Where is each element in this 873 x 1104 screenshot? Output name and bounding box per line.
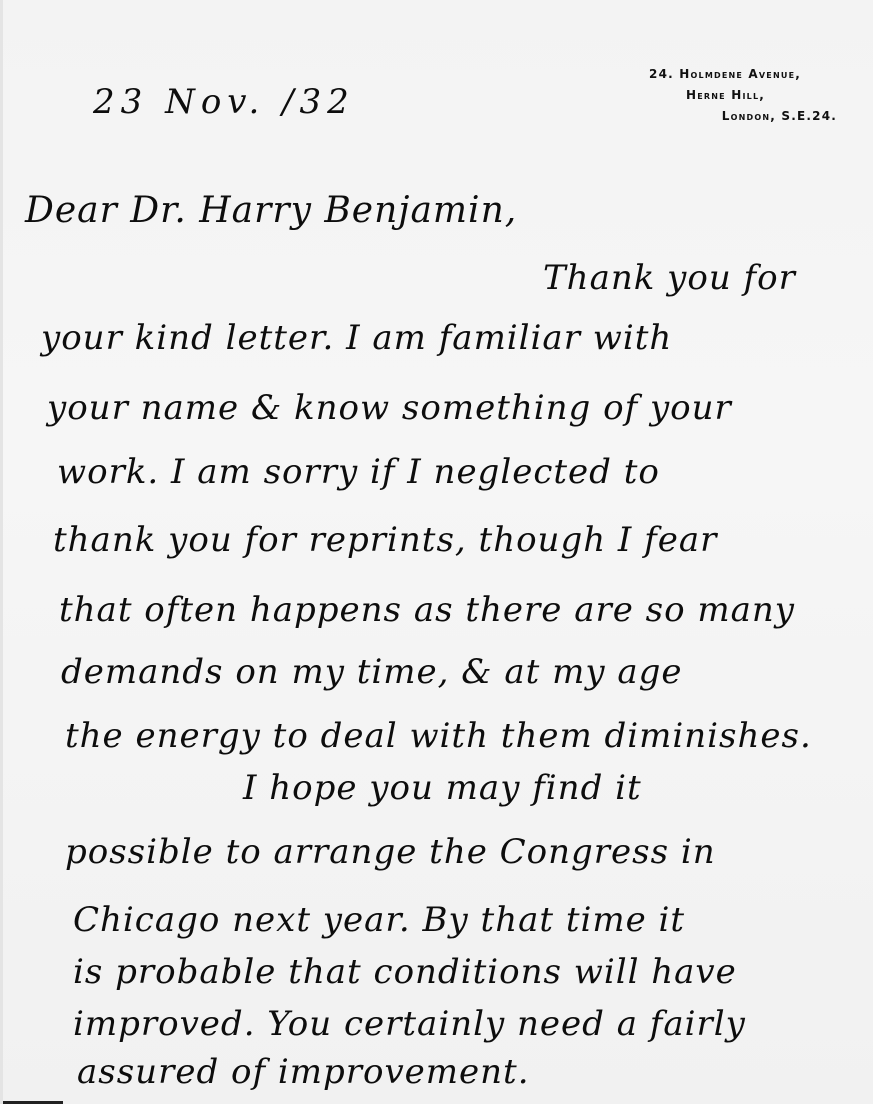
body-line-14: assured of improvement. bbox=[77, 1052, 530, 1092]
body-line-8: the energy to deal with them diminishes. bbox=[65, 716, 812, 756]
body-line-3: your name & know something of your bbox=[47, 388, 732, 428]
body-line-2: your kind letter. I am familiar with bbox=[41, 318, 672, 358]
salutation: Dear Dr. Harry Benjamin, bbox=[25, 190, 517, 231]
body-line-5: thank you for reprints, though I fear bbox=[53, 520, 717, 560]
body-line-11: Chicago next year. By that time it bbox=[73, 900, 685, 940]
letterhead-district: Herne Hill, bbox=[649, 85, 765, 106]
body-line-9: I hope you may find it bbox=[243, 768, 642, 808]
letter-date: 23 Nov. /32 bbox=[93, 82, 355, 122]
body-line-13: improved. You certainly need a fairly bbox=[73, 1004, 746, 1044]
body-line-10: possible to arrange the Congress in bbox=[65, 832, 716, 872]
body-line-12: is probable that conditions will have bbox=[73, 952, 737, 992]
body-line-1: Thank you for bbox=[543, 258, 796, 298]
letter-page: 24. Holmdene Avenue, Herne Hill, London,… bbox=[0, 0, 873, 1104]
body-line-7: demands on my time, & at my age bbox=[61, 652, 682, 692]
body-line-4: work. I am sorry if I neglected to bbox=[57, 452, 660, 492]
letterhead-city: London, S.E.24. bbox=[649, 106, 837, 127]
body-line-6: that often happens as there are so many bbox=[59, 590, 795, 630]
letterhead-street: 24. Holmdene Avenue, bbox=[649, 64, 801, 85]
letterhead-address: 24. Holmdene Avenue, Herne Hill, London,… bbox=[649, 64, 837, 127]
